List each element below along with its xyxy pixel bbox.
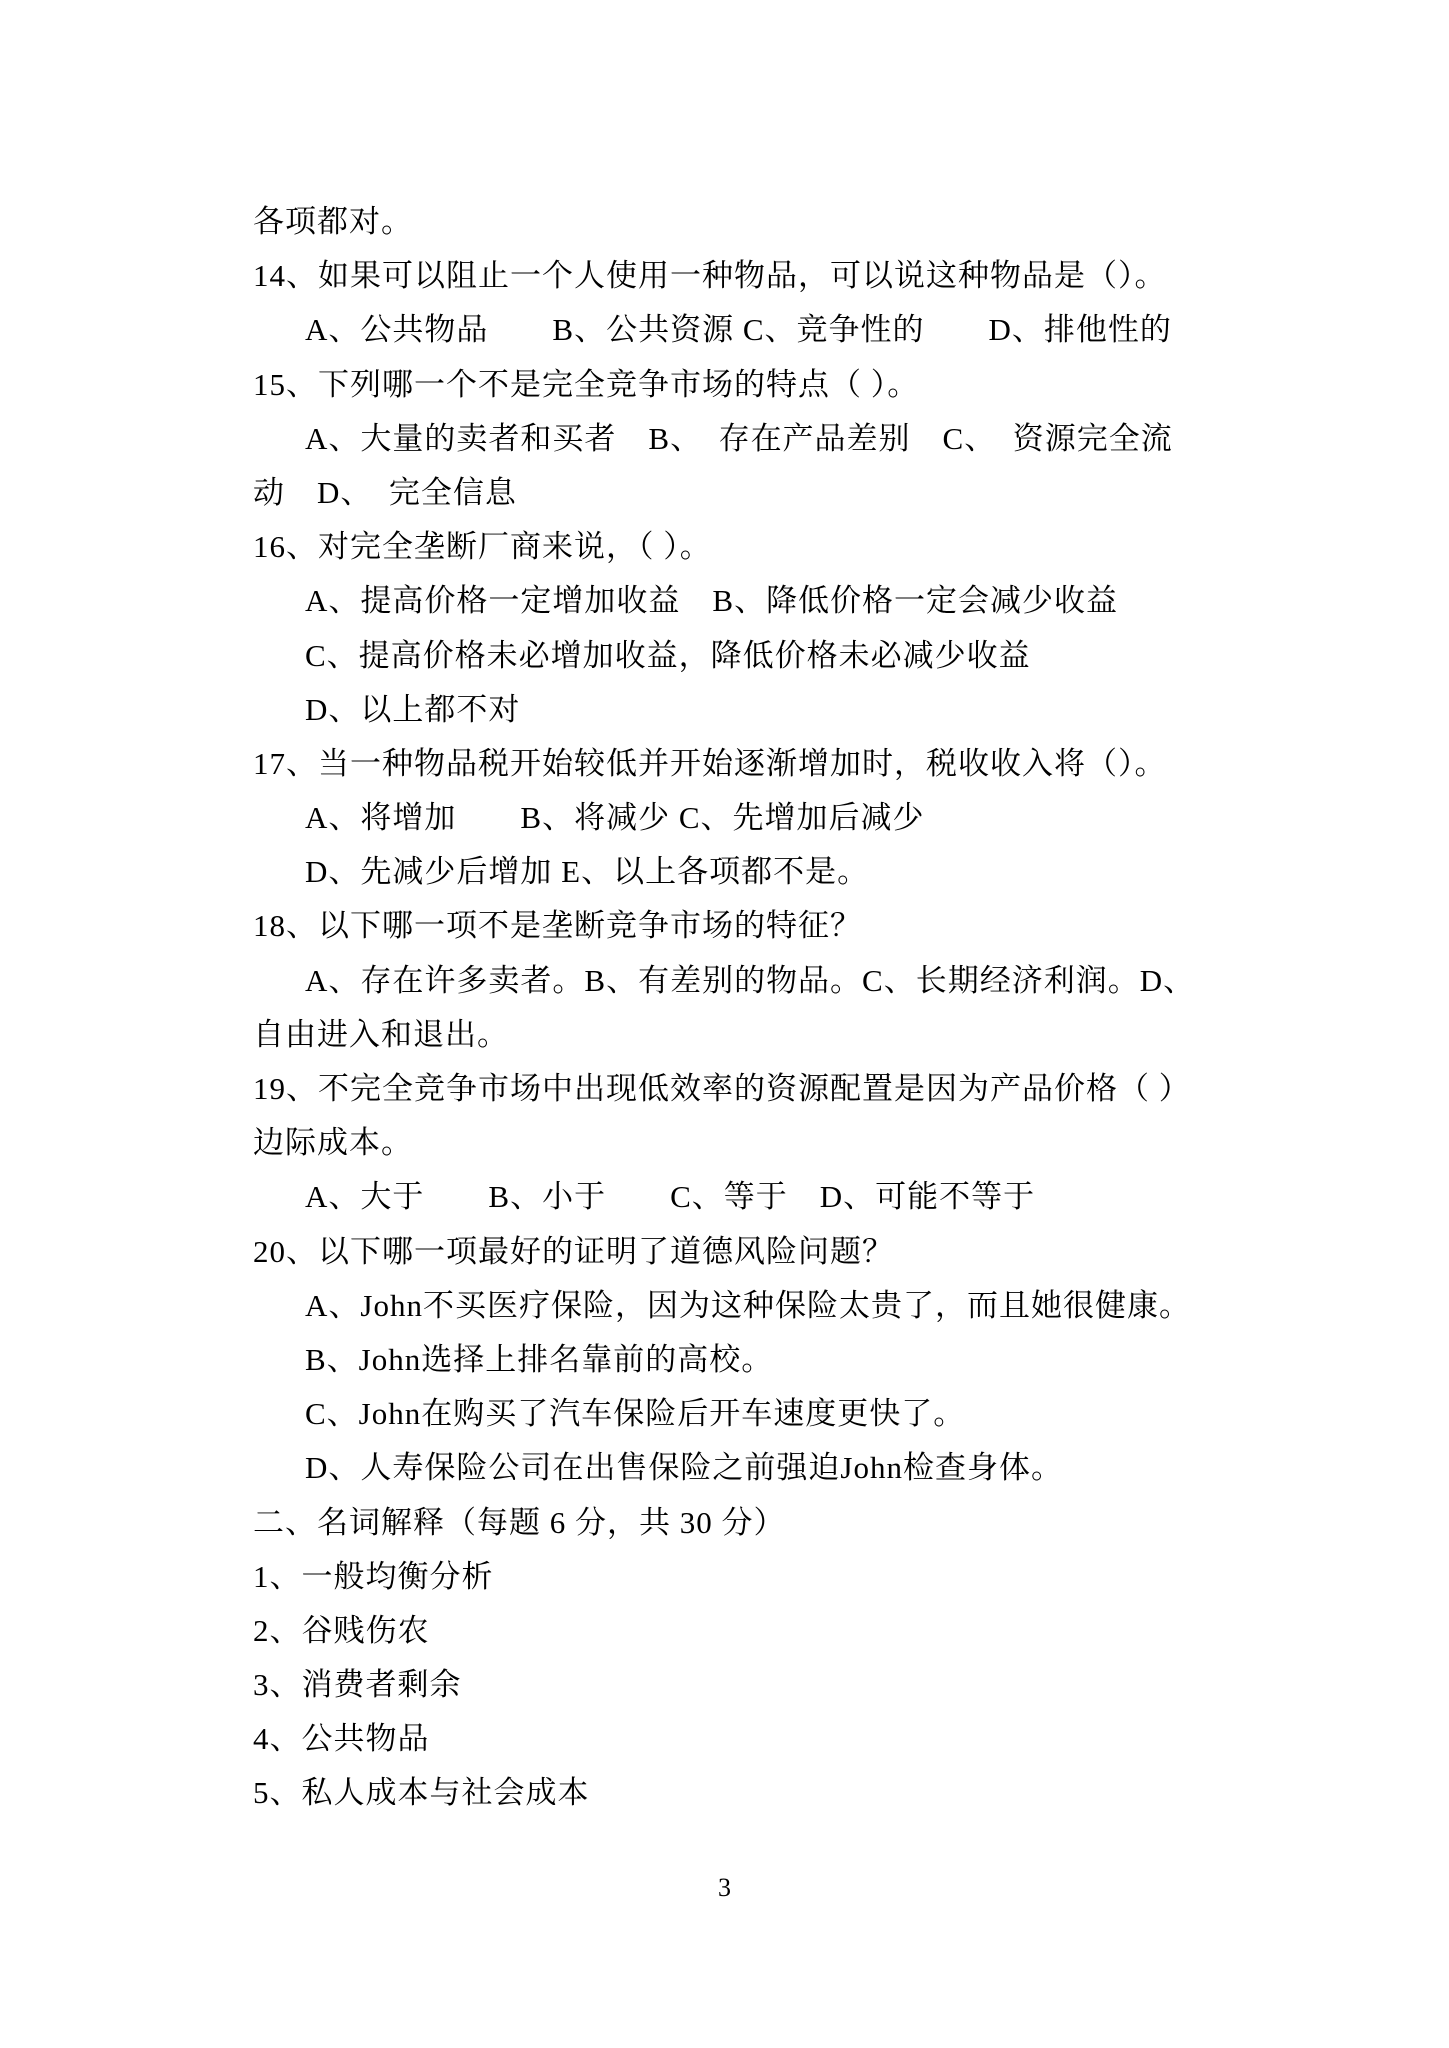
page-number: 3	[0, 1872, 1449, 1904]
question-16: 16、对完全垄断厂商来说，（ ）。	[253, 520, 1223, 574]
term-item-4: 4、公共物品	[253, 1712, 1223, 1766]
question-20-option-d: D、人寿保险公司在出售保险之前强迫John检查身体。	[253, 1441, 1223, 1495]
term-item-1: 1、一般均衡分析	[253, 1550, 1223, 1604]
question-16-option-a-b: A、提高价格一定增加收益 B、降低价格一定会减少收益	[253, 574, 1223, 628]
question-15: 15、下列哪一个不是完全竞争市场的特点（ ）。	[253, 358, 1223, 412]
question-15-options-continued: 动 D、 完全信息	[253, 466, 1223, 520]
question-17-option-abc: A、将增加 B、将减少 C、先增加后减少	[253, 791, 1223, 845]
question-19-options: A、大于 B、小于 C、等于 D、可能不等于	[253, 1170, 1223, 1224]
question-18-options: A、存在许多卖者。B、有差别的物品。C、长期经济利润。D、	[253, 954, 1223, 1008]
section-2-heading: 二、名词解释（每题 6 分，共 30 分）	[253, 1496, 1223, 1550]
question-16-option-c: C、提高价格未必增加收益，降低价格未必减少收益	[253, 629, 1223, 683]
continuation-line: 各项都对。	[253, 195, 1223, 249]
question-18: 18、以下哪一项不是垄断竞争市场的特征？	[253, 899, 1223, 953]
question-17: 17、当一种物品税开始较低并开始逐渐增加时，税收收入将（）。	[253, 737, 1223, 791]
term-item-2: 2、谷贱伤农	[253, 1604, 1223, 1658]
question-18-options-continued: 自由进入和退出。	[253, 1008, 1223, 1062]
document-page: 各项都对。 14、如果可以阻止一个人使用一种物品，可以说这种物品是（）。 A、公…	[0, 0, 1449, 2048]
question-19-continued: 边际成本。	[253, 1116, 1223, 1170]
question-19: 19、不完全竞争市场中出现低效率的资源配置是因为产品价格（ ）	[253, 1062, 1223, 1116]
question-20: 20、以下哪一项最好的证明了道德风险问题？	[253, 1225, 1223, 1279]
page-content: 各项都对。 14、如果可以阻止一个人使用一种物品，可以说这种物品是（）。 A、公…	[253, 195, 1223, 1821]
term-item-3: 3、消费者剩余	[253, 1658, 1223, 1712]
question-16-option-d: D、以上都不对	[253, 683, 1223, 737]
question-15-options: A、大量的卖者和买者 B、 存在产品差别 C、 资源完全流	[253, 412, 1223, 466]
question-17-option-de: D、先减少后增加 E、以上各项都不是。	[253, 845, 1223, 899]
question-14: 14、如果可以阻止一个人使用一种物品，可以说这种物品是（）。	[253, 249, 1223, 303]
question-20-option-a: A、John不买医疗保险，因为这种保险太贵了，而且她很健康。	[253, 1279, 1223, 1333]
question-20-option-c: C、John在购买了汽车保险后开车速度更快了。	[253, 1387, 1223, 1441]
term-item-5: 5、私人成本与社会成本	[253, 1766, 1223, 1820]
question-20-option-b: B、John选择上排名靠前的高校。	[253, 1333, 1223, 1387]
question-14-options: A、公共物品 B、公共资源 C、竞争性的 D、排他性的	[253, 303, 1223, 357]
